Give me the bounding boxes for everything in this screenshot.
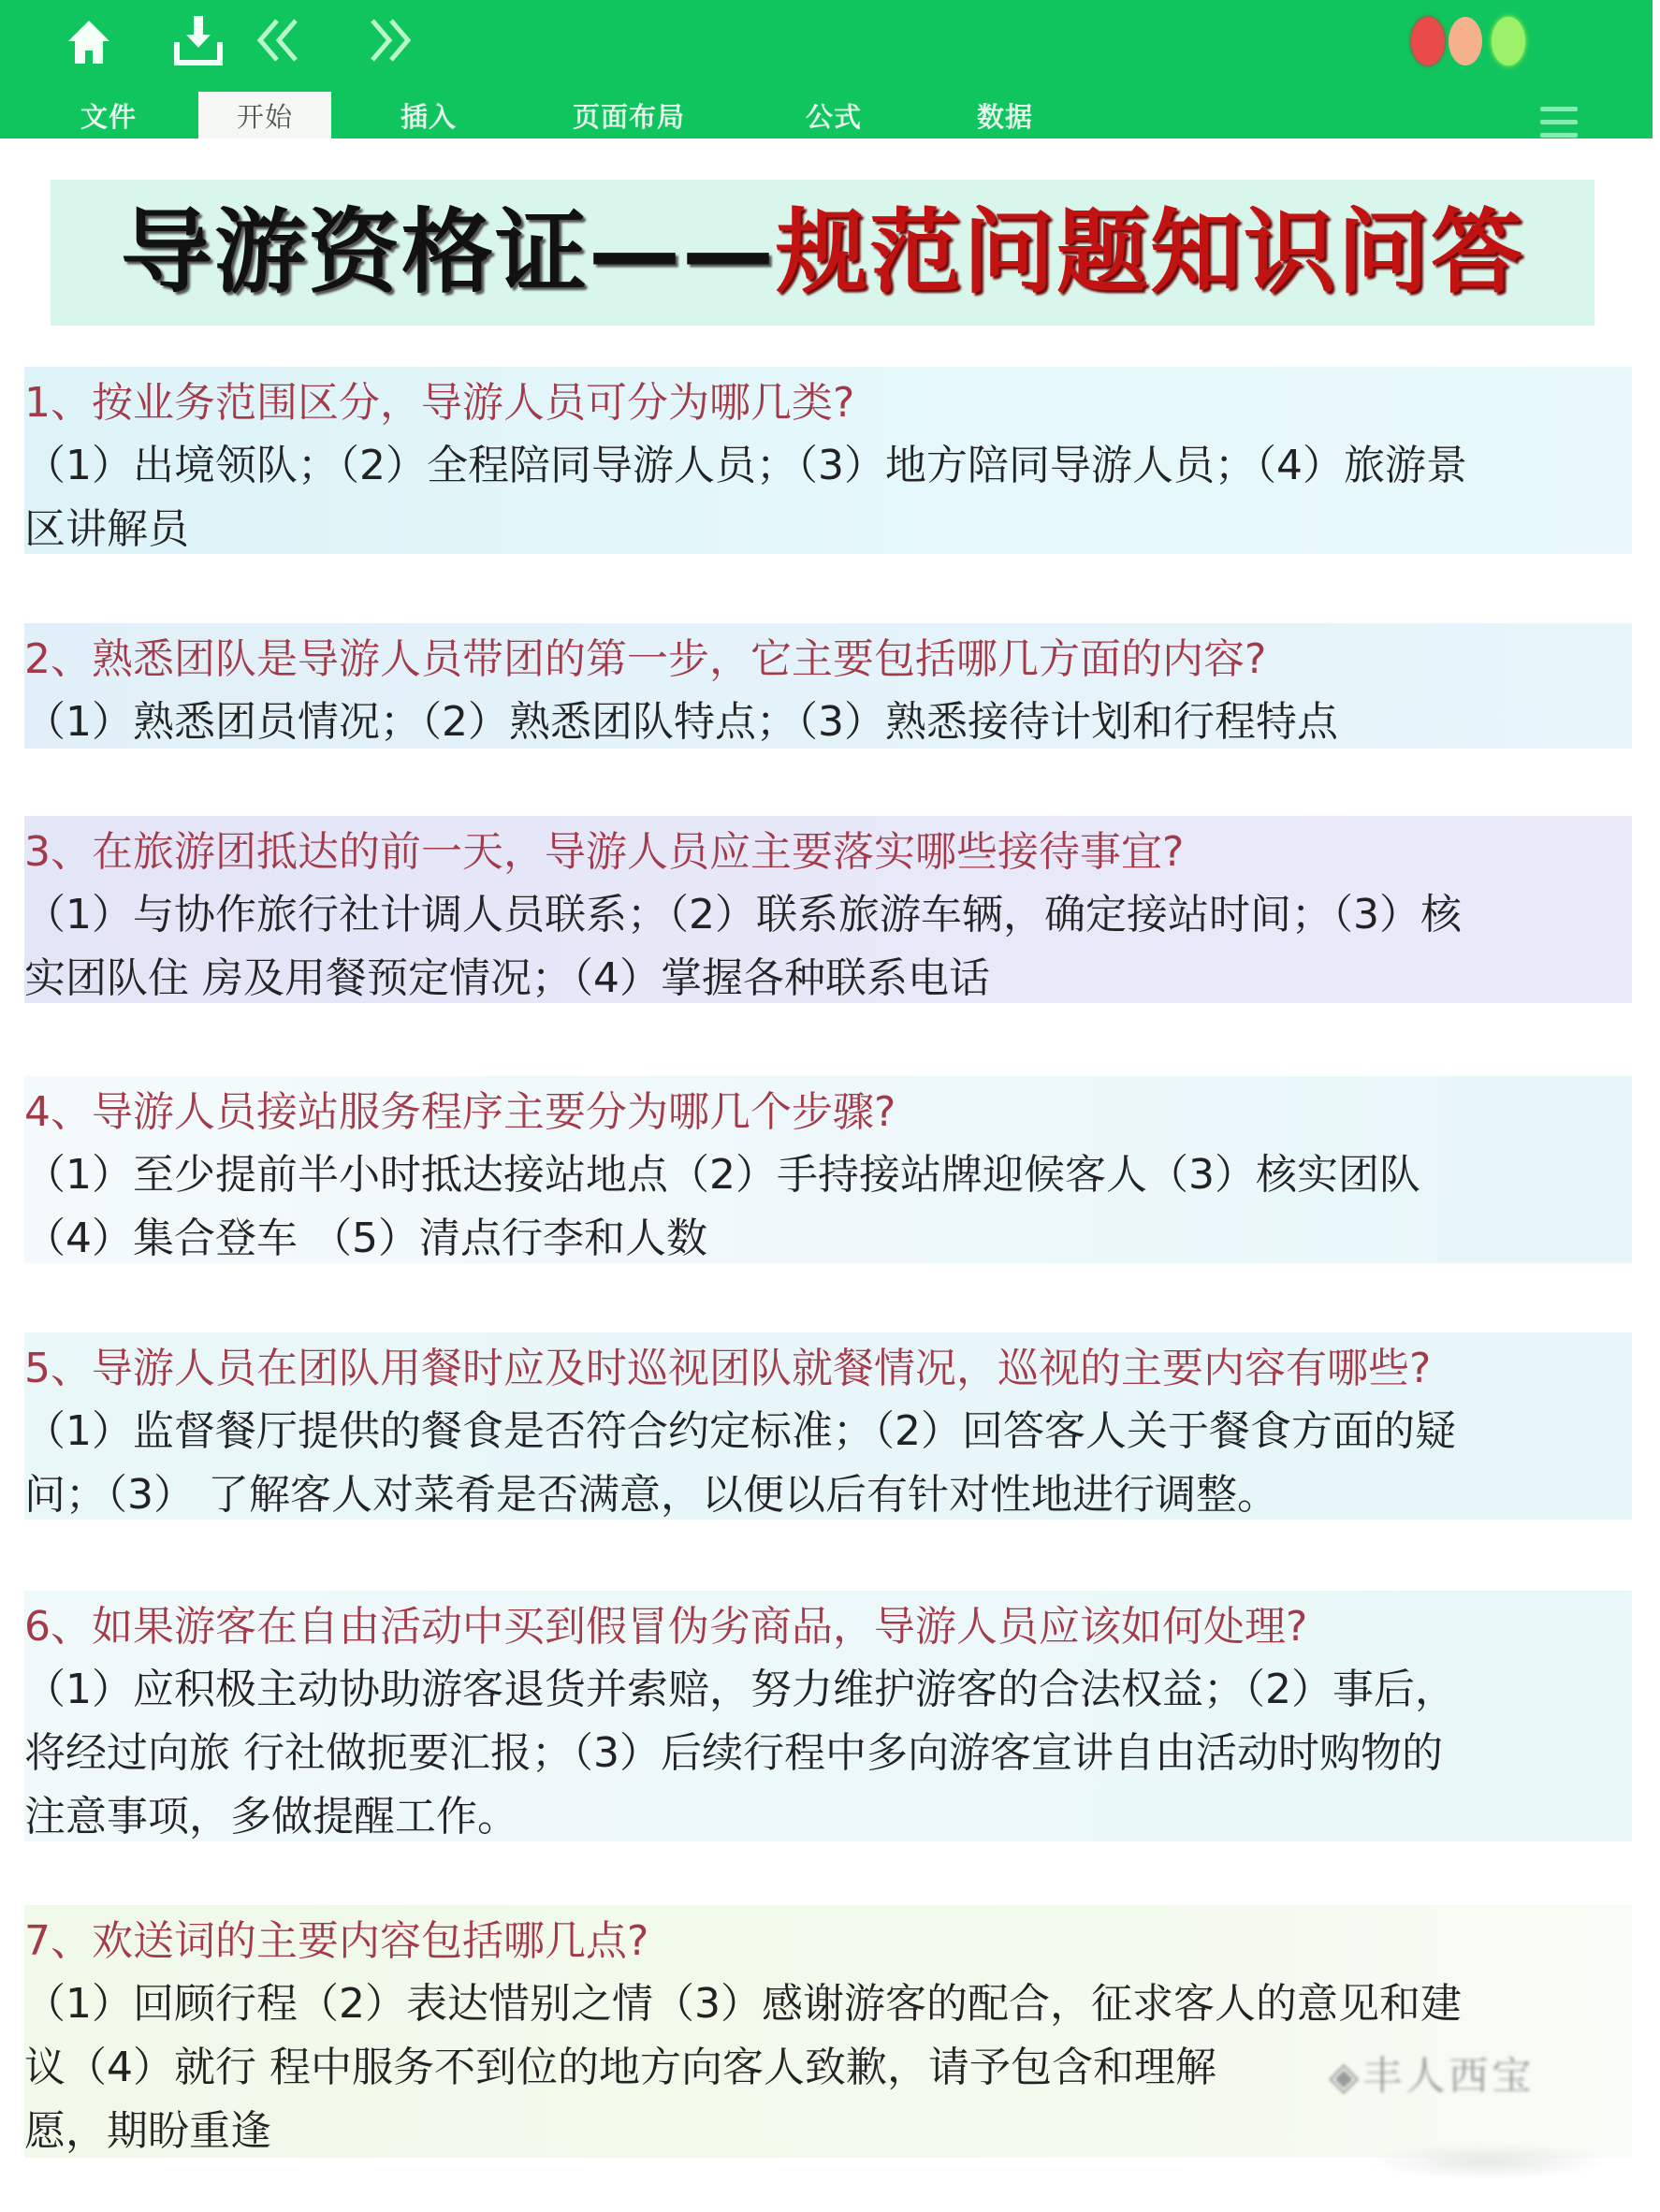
answer-line: （1）熟悉团员情况；（2）熟悉团队特点；（3）熟悉接待计划和行程特点 [24, 691, 1632, 754]
double-chevron-right-icon[interactable] [363, 15, 417, 65]
qa-item-1: 1、按业务范围区分，导游人员可分为哪几类? （1）出境领队；（2）全程陪同导游人… [24, 367, 1632, 554]
tab-insert[interactable]: 插入 [382, 95, 475, 138]
hamburger-menu-icon[interactable] [1540, 101, 1578, 138]
tab-page-layout[interactable]: 页面布局 [554, 95, 704, 138]
answer-line: （1）监督餐厅提供的餐食是否符合约定标准；（2）回答客人关于餐食方面的疑 [24, 1400, 1632, 1463]
double-chevron-left-icon[interactable] [251, 15, 305, 65]
answer-line: 区讲解员 [24, 498, 1632, 561]
question: 3、在旅游团抵达的前一天，导游人员应主要落实哪些接待事宜? [24, 822, 1632, 883]
app-ribbon: 文件 开始 插入 页面布局 公式 数据 [0, 0, 1653, 138]
page-title: 导游资格证——规范问题知识问答 [121, 207, 1524, 298]
title-part-2: 规范问题知识问答 [776, 199, 1524, 306]
qa-item-2: 2、熟悉团队是导游人员带团的第一步，它主要包括哪几方面的内容? （1）熟悉团员情… [24, 623, 1632, 749]
qa-item-7: 7、欢送词的主要内容包括哪几点? （1）回顾行程（2）表达惜别之情（3）感谢游客… [24, 1905, 1632, 2158]
answer-line: （1）应积极主动协助游客退货并索赔，努力维护游客的合法权益；（2）事后， [24, 1658, 1632, 1722]
watermark-smudge [1366, 2143, 1609, 2180]
question: 2、熟悉团队是导游人员带团的第一步，它主要包括哪几方面的内容? [24, 629, 1632, 691]
download-icon[interactable] [172, 13, 225, 67]
tab-file[interactable]: 文件 [58, 95, 159, 138]
title-part-1: 导游资格证 [121, 199, 589, 306]
answer-line: （1）回顾行程（2）表达惜别之情（3）感谢游客的配合，征求客人的意见和建 [24, 1972, 1632, 2036]
qa-item-3: 3、在旅游团抵达的前一天，导游人员应主要落实哪些接待事宜? （1）与协作旅行社计… [24, 816, 1632, 1003]
answer-line: 将经过向旅 行社做扼要汇报；（3）后续行程中多向游客宣讲自由活动时购物的 [24, 1722, 1632, 1785]
question: 1、按业务范围区分，导游人员可分为哪几类? [24, 372, 1632, 434]
answer-line: 实团队住 房及用餐预定情况；（4）掌握各种联系电话 [24, 947, 1632, 1011]
watermark: ◈丰人西宝 [1329, 2045, 1535, 2102]
home-icon[interactable] [62, 17, 116, 67]
answer-line: （1）出境领队；（2）全程陪同导游人员；（3）地方陪同导游人员；（4）旅游景 [24, 434, 1632, 498]
answer-line: （4）集合登车 （5）清点行李和人数 [24, 1207, 1632, 1271]
title-dash: —— [589, 199, 776, 306]
qa-item-4: 4、导游人员接站服务程序主要分为哪几个步骤? （1）至少提前半小时抵达接站地点（… [24, 1076, 1632, 1263]
answer-line: （1）至少提前半小时抵达接站地点（2）手持接站牌迎候客人（3）核实团队 [24, 1143, 1632, 1207]
tab-home[interactable]: 开始 [198, 92, 331, 138]
question: 5、导游人员在团队用餐时应及时巡视团队就餐情况，巡视的主要内容有哪些? [24, 1338, 1632, 1400]
window-close-button[interactable] [1411, 17, 1445, 65]
question: 7、欢送词的主要内容包括哪几点? [24, 1911, 1632, 1972]
window-minimize-button[interactable] [1449, 17, 1482, 65]
answer-line: （1）与协作旅行社计调人员联系；（2）联系旅游车辆，确定接站时间；（3）核 [24, 883, 1632, 947]
answer-line: 问；（3） 了解客人对菜肴是否满意，以便以后有针对性地进行调整。 [24, 1463, 1632, 1527]
window-maximize-button[interactable] [1492, 17, 1525, 65]
question: 4、导游人员接站服务程序主要分为哪几个步骤? [24, 1082, 1632, 1143]
qa-item-5: 5、导游人员在团队用餐时应及时巡视团队就餐情况，巡视的主要内容有哪些? （1）监… [24, 1332, 1632, 1520]
qa-item-6: 6、如果游客在自由活动中买到假冒伪劣商品，导游人员应该如何处理? （1）应积极主… [24, 1591, 1632, 1841]
tab-data[interactable]: 数据 [960, 95, 1050, 138]
question: 6、如果游客在自由活动中买到假冒伪劣商品，导游人员应该如何处理? [24, 1596, 1632, 1658]
answer-line: 注意事项，多做提醒工作。 [24, 1785, 1632, 1849]
title-banner: 导游资格证——规范问题知识问答 [51, 180, 1594, 326]
tab-formulas[interactable]: 公式 [792, 95, 876, 138]
